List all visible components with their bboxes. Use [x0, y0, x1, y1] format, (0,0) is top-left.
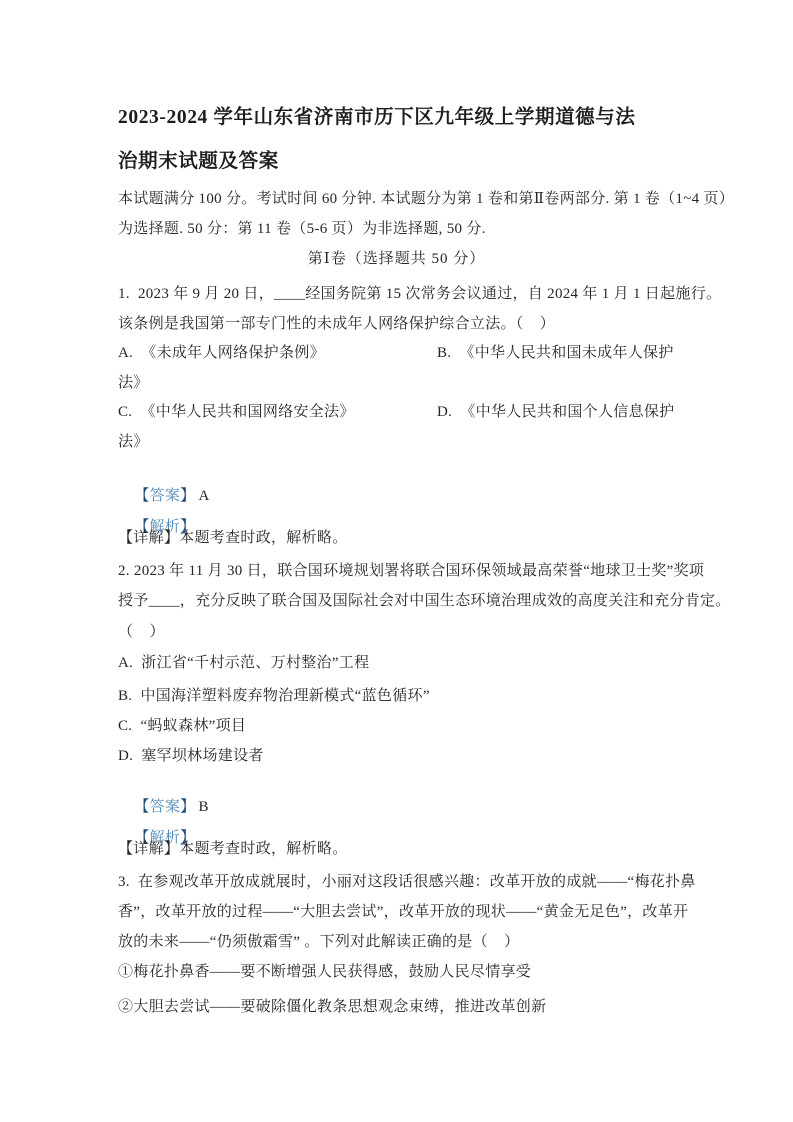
- intro-line-2: 为选择题. 50 分：第 11 卷（5-6 页）为非选择题, 50 分.: [118, 219, 486, 239]
- q2-option-d: D. 塞罕坝林场建设者: [118, 746, 264, 766]
- q1-analysis-line: 【解析】: [118, 497, 195, 557]
- q2-answer-value: B: [198, 799, 208, 815]
- q2-detail-line: 【详解】本题考查时政，解析略。: [118, 839, 348, 859]
- q3-item-1: ①梅花扑鼻香——要不断增强人民获得感，鼓励人民尽情享受: [118, 962, 531, 982]
- q3-item-2: ②大胆去尝试——要破除僵化教条思想观念束缚，推进改革创新: [118, 997, 546, 1017]
- q2-stem-line-3: （ ）: [118, 622, 165, 642]
- q1-answer-value: A: [198, 488, 209, 504]
- q1-option-d: D. 《中华人民共和国个人信息保护: [437, 402, 674, 422]
- q1-option-b-wrap: 法》: [118, 373, 149, 393]
- q1-option-a: A. 《未成年人网络保护条例》: [118, 343, 325, 363]
- q1-option-c: C. 《中华人民共和国网络安全法》: [118, 402, 355, 422]
- q2-option-a: A. 浙江省“千村示范、万村整治”工程: [118, 653, 369, 673]
- q2-stem-line-1: 2. 2023 年 11 月 30 日，联合国环境规划署将联合国环保领域最高荣誉…: [118, 561, 704, 581]
- q1-stem-line-2: 该条例是我国第一部专门性的未成年人网络保护综合立法。（ ）: [118, 314, 555, 334]
- q2-stem-line-2: 授予____，充分反映了联合国及国际社会对中国生态环境治理成效的高度关注和充分肯…: [118, 591, 731, 611]
- exam-document-page: 2023-2024 学年山东省济南市历下区九年级上学期道德与法 治期末试题及答案…: [0, 0, 793, 1122]
- q2-option-b: B. 中国海洋塑料废弃物治理新模式“蓝色循环”: [118, 686, 430, 706]
- q2-option-c: C. “蚂蚁森林”项目: [118, 716, 246, 736]
- q1-option-d-wrap: 法》: [118, 432, 149, 452]
- q1-stem-line-1: 1. 2023 年 9 月 20 日，____经国务院第 15 次常务会议通过，…: [118, 284, 721, 304]
- intro-line-1: 本试题满分 100 分。考试时间 60 分钟. 本试题分为第 1 卷和第Ⅱ卷两部…: [118, 189, 734, 209]
- q2-analysis-line: 【解析】: [118, 808, 195, 868]
- q1-detail-line: 【详解】本题考查时政，解析略。: [118, 528, 348, 548]
- q1-option-b: B. 《中华人民共和国未成年人保护: [437, 343, 674, 363]
- q3-stem-line-1: 3. 在参观改革开放成就展时，小丽对这段话很感兴趣：改革开放的成就——“梅花扑鼻: [118, 872, 696, 892]
- q3-stem-line-3: 放的未来——“仍须傲霜雪” 。下列对此解读正确的是（ ）: [118, 932, 519, 952]
- doc-title-line-2: 治期末试题及答案: [118, 145, 279, 173]
- q3-stem-line-2: 香”，改革开放的过程——“大胆去尝试”，改革开放的现状——“黄金无足色”，改革开: [118, 902, 688, 922]
- doc-title-line-1: 2023-2024 学年山东省济南市历下区九年级上学期道德与法: [118, 101, 635, 129]
- section-heading: 第Ⅰ卷（选择题共 50 分）: [0, 249, 793, 269]
